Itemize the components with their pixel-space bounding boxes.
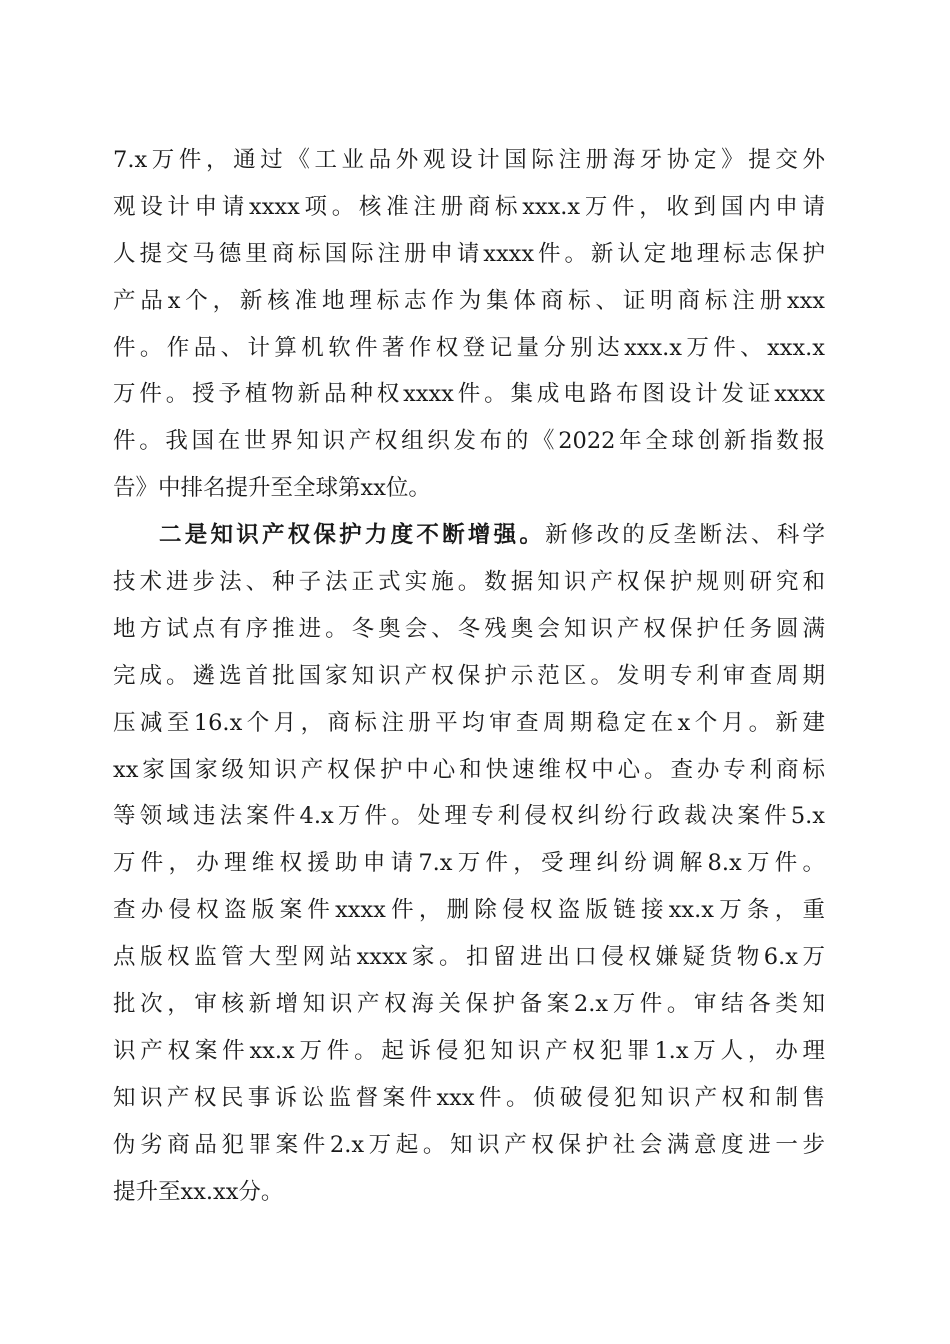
paragraph-ip-statistics: 7.x万件，通过《工业品外观设计国际注册海牙协定》提交外 观设计申请xxxx项。… [113, 142, 825, 517]
text-line: 万件，办理维权援助申请7.x万件，受理纠纷调解8.x万件。 [113, 845, 825, 892]
text-line: 查办侵权盗版案件xxxx件，删除侵权盗版链接xx.x万条，重 [113, 892, 825, 939]
text-line: 识产权案件xx.x万件。起诉侵犯知识产权犯罪1.x万人，办理 [113, 1033, 825, 1080]
text-line: 万件。授予植物新品种权xxxx件。集成电路布图设计发证xxxx [113, 376, 825, 423]
paragraph-ip-protection: 二是知识产权保护力度不断增强。新修改的反垄断法、科学 技术进步法、种子法正式实施… [113, 517, 825, 1220]
text-line: 点版权监管大型网站xxxx家。扣留进出口侵权嫌疑货物6.x万 [113, 939, 825, 986]
text-line: 产品x个，新核准地理标志作为集体商标、证明商标注册xxx [113, 283, 825, 330]
text-line: 件。作品、计算机软件著作权登记量分别达xxx.x万件、xxx.x [113, 330, 825, 377]
text-line: 提升至xx.xx分。 [113, 1174, 825, 1221]
paragraph-first-line: 二是知识产权保护力度不断增强。新修改的反垄断法、科学 [113, 517, 825, 564]
section-heading: 二是知识产权保护力度不断增强。 [159, 522, 545, 548]
text-line: xx家国家级知识产权保护中心和快速维权中心。查办专利商标 [113, 752, 825, 799]
text-run: 新修改的反垄断法、科学 [545, 522, 825, 548]
text-line: 伪劣商品犯罪案件2.x万起。知识产权保护社会满意度进一步 [113, 1127, 825, 1174]
text-line: 批次，审核新增知识产权海关保护备案2.x万件。审结各类知 [113, 986, 825, 1033]
text-line: 观设计申请xxxx项。核准注册商标xxx.x万件，收到国内申请 [113, 189, 825, 236]
text-line: 技术进步法、种子法正式实施。数据知识产权保护规则研究和 [113, 564, 825, 611]
text-line: 知识产权民事诉讼监督案件xxx件。侦破侵犯知识产权和制售 [113, 1080, 825, 1127]
text-line: 等领域违法案件4.x万件。处理专利侵权纠纷行政裁决案件5.x [113, 798, 825, 845]
text-line: 7.x万件，通过《工业品外观设计国际注册海牙协定》提交外 [113, 142, 825, 189]
text-line: 压减至16.x个月，商标注册平均审查周期稳定在x个月。新建 [113, 705, 825, 752]
document-page: 7.x万件，通过《工业品外观设计国际注册海牙协定》提交外 观设计申请xxxx项。… [113, 142, 825, 1220]
text-line: 地方试点有序推进。冬奥会、冬残奥会知识产权保护任务圆满 [113, 611, 825, 658]
text-line: 告》中排名提升至全球第xx位。 [113, 470, 825, 517]
text-line: 人提交马德里商标国际注册申请xxxx件。新认定地理标志保护 [113, 236, 825, 283]
text-line: 件。我国在世界知识产权组织发布的《2022年全球创新指数报 [113, 423, 825, 470]
text-line: 完成。遴选首批国家知识产权保护示范区。发明专利审查周期 [113, 658, 825, 705]
